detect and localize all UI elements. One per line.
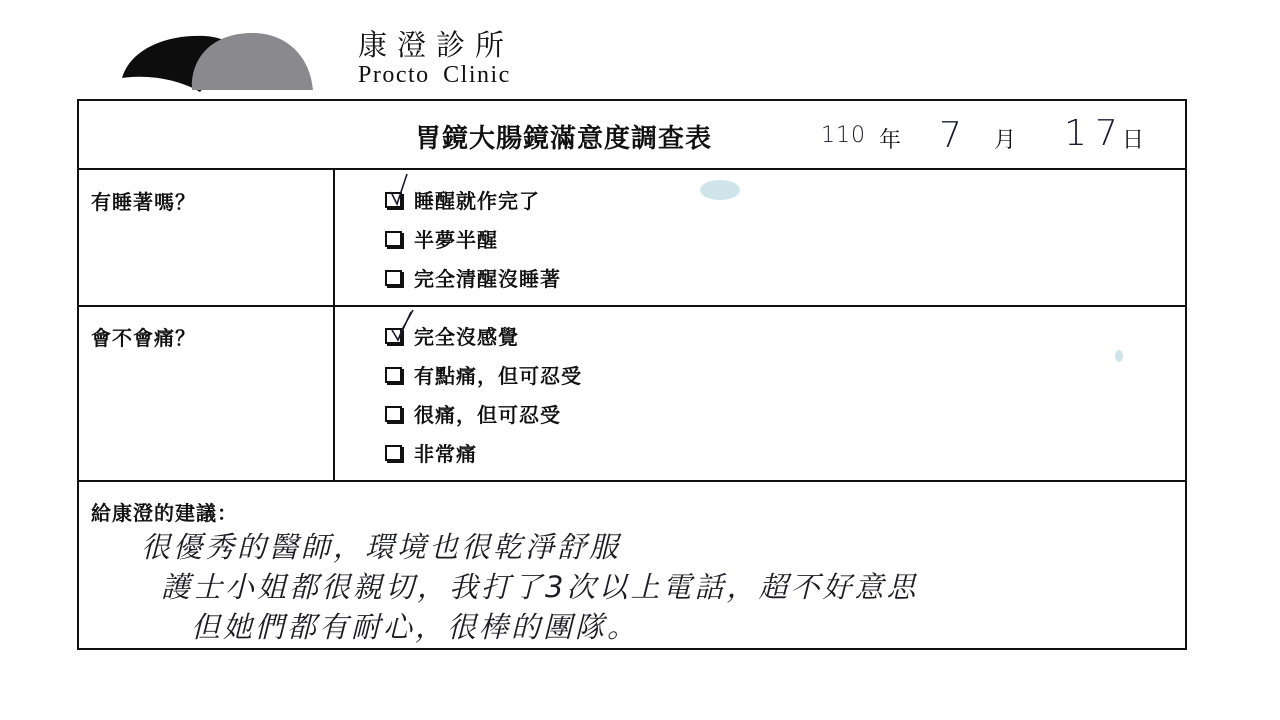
option-label: 半夢半醒 — [414, 224, 498, 253]
option-pain-2[interactable]: 很痛，但可忍受 — [385, 399, 561, 428]
day-value[interactable]: 17 — [1064, 113, 1126, 154]
option-label: 完全沒感覺 — [414, 321, 519, 350]
option-sleep-1[interactable]: 半夢半醒 — [385, 224, 498, 253]
suggestion-label: 給康澄的建議： — [91, 497, 238, 526]
option-label: 完全清醒沒睡著 — [414, 263, 561, 292]
option-pain-3[interactable]: 非常痛 — [385, 438, 477, 467]
option-pain-1[interactable]: 有點痛，但可忍受 — [385, 360, 582, 389]
handwritten-line: 但她們都有耐心，很棒的團隊。 — [191, 605, 639, 646]
form-title: 胃鏡大腸鏡滿意度調查表 — [415, 118, 712, 155]
question-pain-label: 會不會痛？ — [91, 322, 196, 351]
checkbox[interactable] — [385, 231, 402, 247]
option-label: 有點痛，但可忍受 — [414, 360, 582, 389]
month-label: 月 — [994, 123, 1016, 154]
checkbox-checked[interactable] — [385, 192, 402, 208]
option-sleep-2[interactable]: 完全清醒沒睡著 — [385, 263, 561, 292]
option-pain-0[interactable]: 完全沒感覺 — [385, 321, 519, 350]
scan-artifact — [1115, 350, 1123, 362]
question-sleep-label: 有睡著嗎？ — [91, 186, 196, 215]
handwritten-line: 護士小姐都很親切，我打了3次以上電話，超不好意思 — [161, 565, 918, 606]
day-label: 日 — [1122, 123, 1144, 154]
clinic-name-en: Procto Clinic — [358, 62, 514, 88]
column-divider — [333, 168, 335, 482]
checkmark-icon — [389, 170, 419, 210]
checkbox[interactable] — [385, 270, 402, 286]
month-value[interactable]: 7 — [939, 115, 962, 156]
option-label: 非常痛 — [414, 438, 477, 467]
clinic-logo-icon — [120, 30, 315, 92]
divider — [79, 305, 1185, 307]
divider — [79, 480, 1185, 482]
scan-artifact — [700, 180, 740, 200]
checkbox[interactable] — [385, 445, 402, 461]
title-row: 胃鏡大腸鏡滿意度調查表 110 年 7 月 17 日 — [79, 101, 1185, 170]
year-label: 年 — [879, 123, 901, 154]
checkbox-checked[interactable] — [385, 328, 402, 344]
checkbox[interactable] — [385, 406, 402, 422]
checkbox[interactable] — [385, 367, 402, 383]
handwritten-line: 很優秀的醫師，環境也很乾淨舒服 — [141, 525, 621, 566]
checkmark-icon — [389, 306, 419, 346]
clinic-name-zh: 康澄診所 — [358, 28, 514, 62]
survey-form: 胃鏡大腸鏡滿意度調查表 110 年 7 月 17 日 有睡著嗎？ 睡醒就作完了 … — [77, 99, 1187, 650]
clinic-brand: 康澄診所 Procto Clinic — [358, 28, 514, 88]
year-value[interactable]: 110 — [821, 123, 866, 148]
option-label: 很痛，但可忍受 — [414, 399, 561, 428]
option-sleep-0[interactable]: 睡醒就作完了 — [385, 185, 540, 214]
option-label: 睡醒就作完了 — [414, 185, 540, 214]
